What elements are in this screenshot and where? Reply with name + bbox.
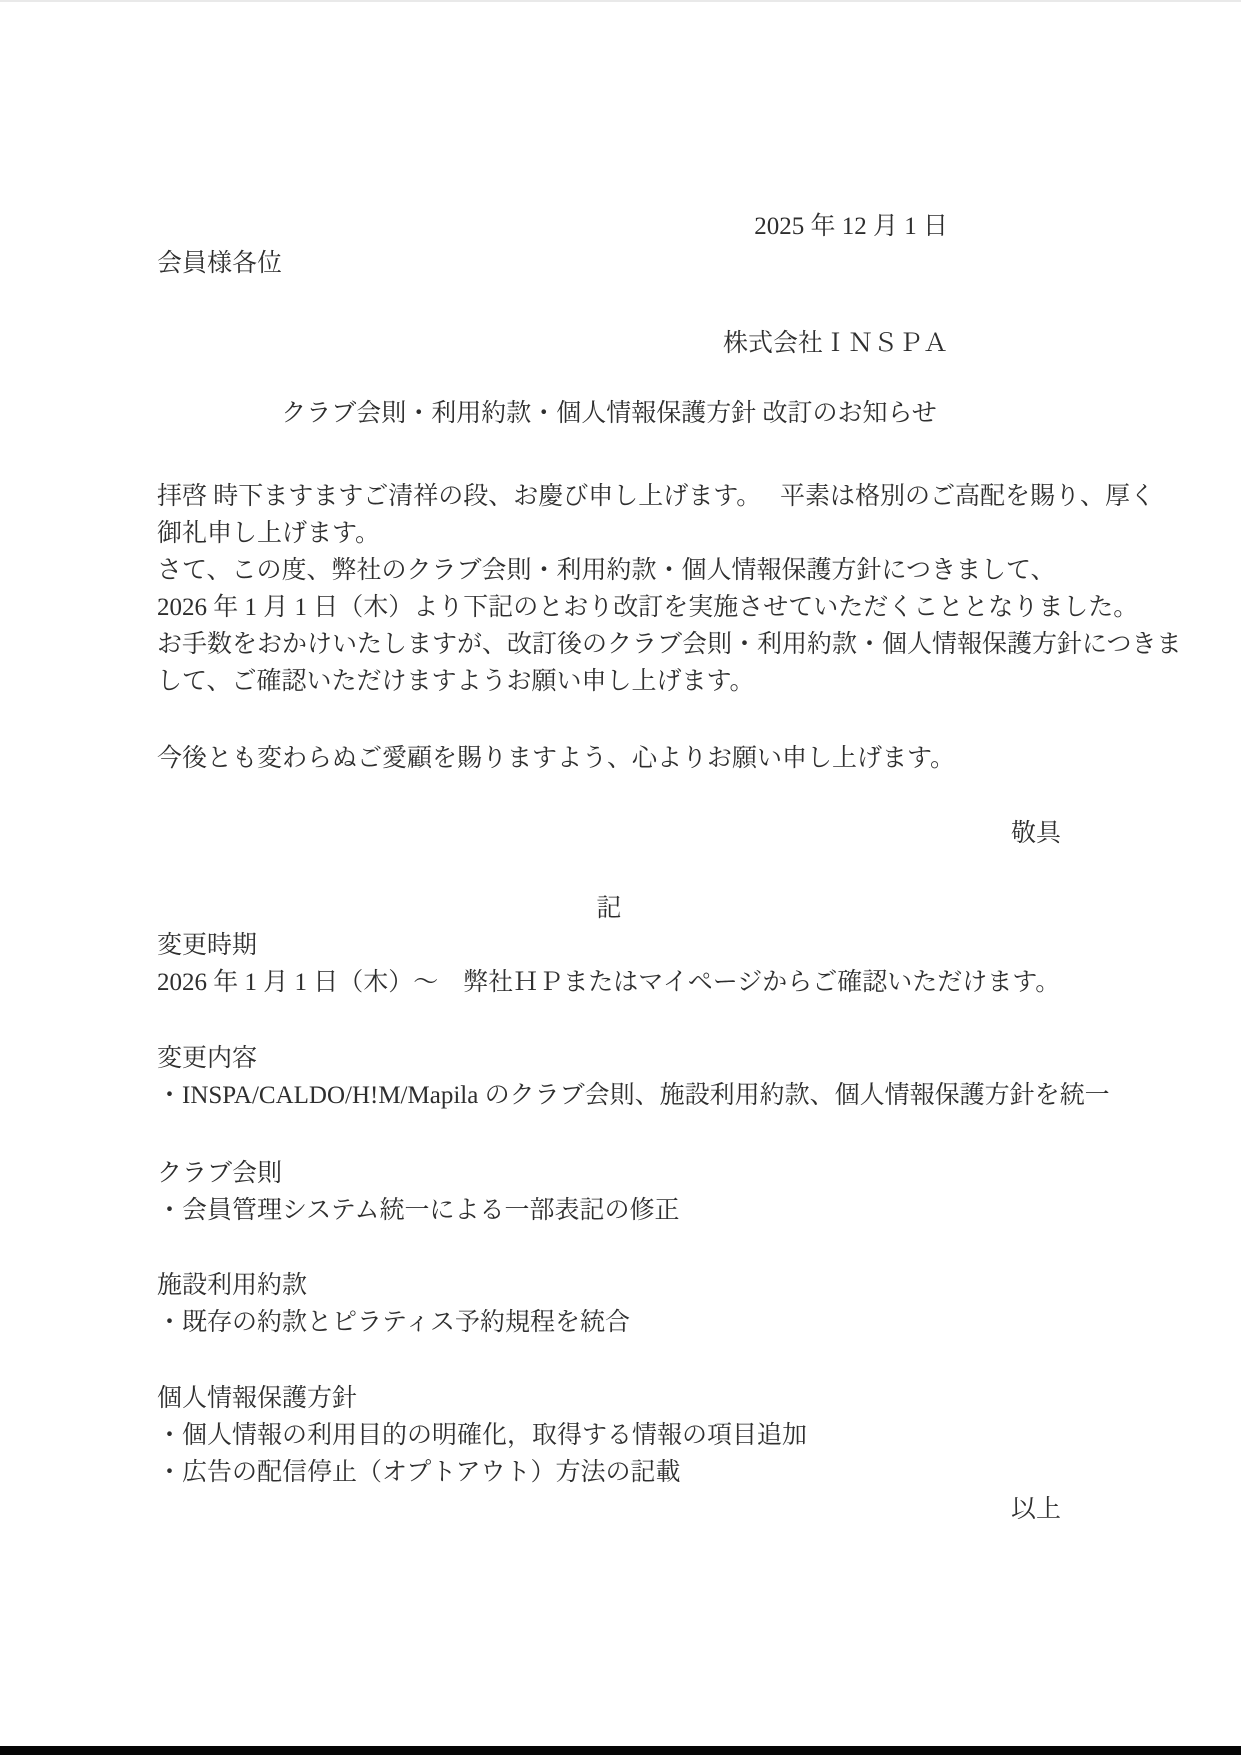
section-club-rules: クラブ会則 ・会員管理システム統一による一部表記の修正: [157, 1155, 1061, 1229]
section-line: 2026 年 1 月 1 日（木）～ 弊社ＨＰまたはマイページからご確認いただけ…: [157, 964, 1061, 1001]
body-line: 2026 年 1 月 1 日（木）より下記のとおり改訂を実施させていただくことと…: [157, 589, 1061, 626]
section-heading: 個人情報保護方針: [157, 1380, 1061, 1417]
end-marker: 以上: [157, 1491, 1061, 1528]
section-bullet: ・個人情報の利用目的の明確化，取得する情報の項目追加: [157, 1417, 1061, 1454]
letter-closing-paragraph: 今後とも変わらぬご愛顧を賜りますよう、心よりお願い申し上げます。: [157, 740, 1061, 777]
section-bullet: ・広告の配信停止（オプトアウト）方法の記載: [157, 1454, 1061, 1491]
section-facility-terms: 施設利用約款 ・既存の約款とピラティス予約規程を統合: [157, 1267, 1061, 1341]
section-heading: 変更時期: [157, 927, 1061, 964]
body-line: 拝啓 時下ますますご清祥の段、お慶び申し上げます。 平素は格別のご高配を賜り、厚…: [157, 478, 1061, 515]
letter-opening-paragraph: 拝啓 時下ますますご清祥の段、お慶び申し上げます。 平素は格別のご高配を賜り、厚…: [157, 478, 1061, 700]
body-line: 御礼申し上げます。: [157, 515, 1061, 552]
letter-sender: 株式会社ＩＮＳＰＡ: [157, 325, 1061, 362]
letter-recipient: 会員様各位: [157, 245, 1061, 282]
letter-title: クラブ会則・利用約款・個人情報保護方針 改訂のお知らせ: [157, 395, 1061, 432]
page-bottom-scan-bar: [0, 1746, 1241, 1755]
section-heading: 施設利用約款: [157, 1267, 1061, 1304]
section-privacy-policy: 個人情報保護方針 ・個人情報の利用目的の明確化，取得する情報の項目追加 ・広告の…: [157, 1380, 1061, 1491]
section-change-contents: 変更内容 ・INSPA/CALDO/H!M/Mapila のクラブ会則、施設利用…: [157, 1040, 1061, 1114]
letter-date: 2025 年 12 月 1 日: [157, 208, 1061, 245]
body-line: して、ご確認いただけますようお願い申し上げます。: [157, 663, 1061, 700]
section-bullet: ・INSPA/CALDO/H!M/Mapila のクラブ会則、施設利用約款、個人…: [157, 1077, 1061, 1114]
section-heading: クラブ会則: [157, 1155, 1061, 1192]
body-line: お手数をおかけいたしますが、改訂後のクラブ会則・利用約款・個人情報保護方針につき…: [157, 626, 1061, 663]
record-marker: 記: [157, 890, 1061, 927]
letter-closing-word: 敬具: [157, 815, 1061, 852]
body-line: さて、この度、弊社のクラブ会則・利用約款・個人情報保護方針につきまして、: [157, 552, 1061, 589]
letter-content: 2025 年 12 月 1 日 会員様各位 株式会社ＩＮＳＰＡ クラブ会則・利用…: [157, 0, 1061, 1528]
section-bullet: ・既存の約款とピラティス予約規程を統合: [157, 1304, 1061, 1341]
section-bullet: ・会員管理システム統一による一部表記の修正: [157, 1192, 1061, 1229]
letter-page: 2025 年 12 月 1 日 会員様各位 株式会社ＩＮＳＰＡ クラブ会則・利用…: [0, 0, 1241, 1755]
section-heading: 変更内容: [157, 1040, 1061, 1077]
section-change-period: 変更時期 2026 年 1 月 1 日（木）～ 弊社ＨＰまたはマイページからご確…: [157, 927, 1061, 1001]
